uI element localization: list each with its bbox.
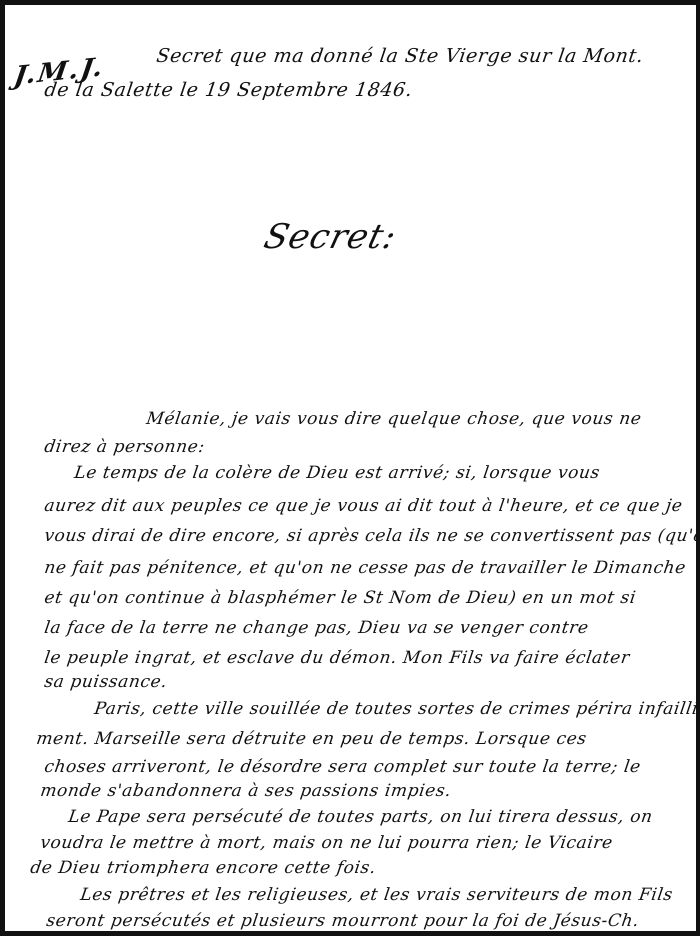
body-line: Mélanie, je vais vous dire quelque chose… xyxy=(145,409,643,429)
body-line: aurez dit aux peuples ce que je vous ai … xyxy=(43,496,684,516)
body-line: ment. Marseille sera détruite en peu de … xyxy=(35,729,588,749)
body-line: Le Pape sera persécuté de toutes parts, … xyxy=(67,807,654,827)
body-line: direz à personne: xyxy=(43,437,206,457)
body-line: choses arriveront, le désordre sera comp… xyxy=(43,757,642,777)
manuscript-page: J.M.J. Secret que ma donné la Ste Vierge… xyxy=(0,0,700,936)
body-line: et qu'on continue à blasphémer le St Nom… xyxy=(43,588,637,608)
header-line-1: Secret que ma donné la Ste Vierge sur la… xyxy=(155,45,645,67)
body-line: voudra le mettre à mort, mais on ne lui … xyxy=(39,833,614,853)
document-title: Secret: xyxy=(260,217,401,257)
body-line: le peuple ingrat, et esclave du démon. M… xyxy=(43,648,631,668)
body-line: ne fait pas pénitence, et qu'on ne cesse… xyxy=(43,558,687,578)
body-line: monde s'abandonnera à ses passions impie… xyxy=(39,781,453,801)
body-line: Le temps de la colère de Dieu est arrivé… xyxy=(73,463,601,483)
body-line: vous dirai de dire encore, si après cela… xyxy=(43,526,700,546)
header-line-2: de la Salette le 19 Septembre 1846. xyxy=(43,79,414,101)
body-line: Paris, cette ville souillée de toutes so… xyxy=(93,699,700,719)
body-line: Les prêtres et les religieuses, et les v… xyxy=(79,885,674,905)
body-line: seront persécutés et plusieurs mourront … xyxy=(45,911,641,931)
body-line: de Dieu triomphera encore cette fois. xyxy=(29,858,377,878)
body-line: sa puissance. xyxy=(43,672,169,692)
body-line: la face de la terre ne change pas, Dieu … xyxy=(43,618,590,638)
